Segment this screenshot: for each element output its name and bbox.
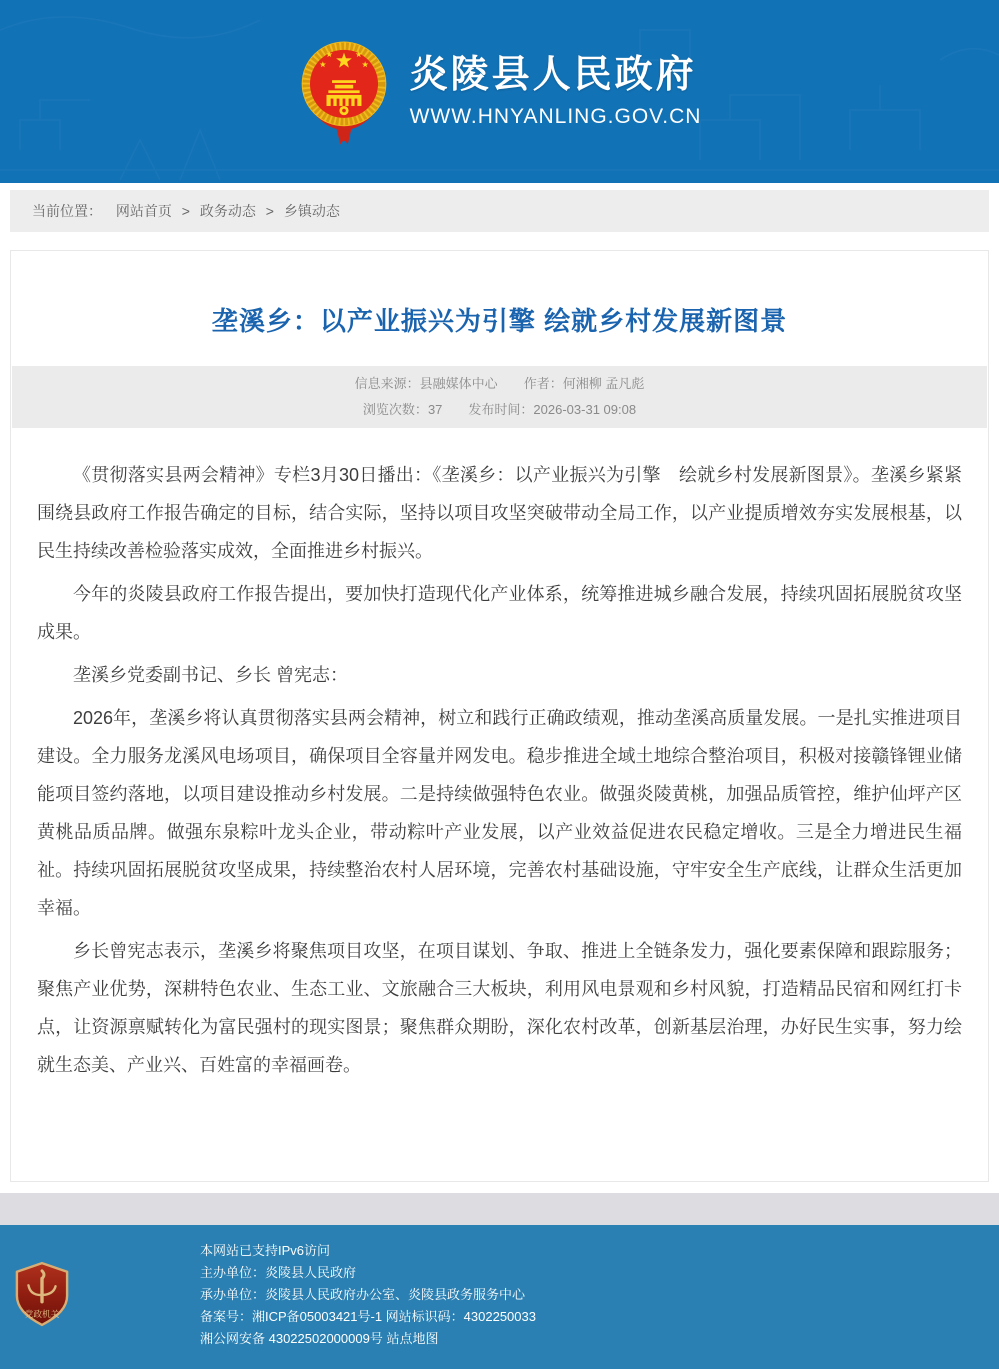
meta-source-label: 信息来源： [355, 376, 420, 391]
meta-author-label: 作者： [524, 376, 563, 391]
footer-host-line: 主办单位：炎陵县人民政府 [200, 1262, 536, 1284]
footer-sitemap-link[interactable]: 站点地图 [386, 1331, 438, 1346]
footer-ipv6-notice: 本网站已支持IPv6访问 [200, 1240, 536, 1262]
footer-security-record-link[interactable]: 湘公网安备 43022502000009号 [200, 1331, 383, 1346]
article-paragraph: 今年的炎陵县政府工作报告提出，要加快打造现代化产业体系，统筹推进城乡融合发展，持… [37, 575, 962, 651]
meta-views-value: 37 [428, 402, 442, 417]
footer-icp-line: 备案号：湘ICP备05003421号-1 网站标识码：4302250033 [200, 1306, 536, 1328]
site-footer: 党政机关 本网站已支持IPv6访问 主办单位：炎陵县人民政府 承办单位：炎陵县人… [0, 1225, 999, 1369]
site-title: 炎陵县人民政府 [410, 54, 702, 98]
breadcrumb: 当前位置： 网站首页 > 政务动态 > 乡镇动态 [10, 190, 989, 232]
meta-author-value: 何湘柳 孟凡彪 [563, 376, 645, 391]
national-emblem-icon [298, 38, 390, 150]
breadcrumb-item-township-news[interactable]: 乡镇动态 [284, 203, 340, 219]
breadcrumb-item-home[interactable]: 网站首页 [116, 203, 172, 219]
article-meta-bar: 信息来源：县融媒体中心作者：何湘柳 孟凡彪 浏览次数：37发布时间：2026-0… [12, 366, 987, 428]
meta-source-value: 县融媒体中心 [420, 376, 498, 391]
article-body: 《贯彻落实县两会精神》专栏3月30日播出：《垄溪乡：以产业振兴为引擎 绘就乡村发… [37, 456, 962, 1084]
breadcrumb-item-gov-news[interactable]: 政务动态 [200, 203, 256, 219]
meta-publish-value: 2026-03-31 09:08 [533, 402, 636, 417]
breadcrumb-separator: > [266, 203, 274, 219]
site-header: 炎陵县人民政府 WWW.HNYANLING.GOV.CN [0, 0, 999, 183]
badge-label: 党政机关 [25, 1308, 60, 1319]
article-meta-row-views-time: 浏览次数：37发布时间：2026-03-31 09:08 [12, 397, 987, 423]
party-government-badge-icon[interactable]: 党政机关 [14, 1261, 70, 1327]
article-paragraph: 乡长曾宪志表示，垄溪乡将聚焦项目攻坚，在项目谋划、争取、推进上全链条发力，强化要… [37, 932, 962, 1084]
article-paragraph: 《贯彻落实县两会精神》专栏3月30日播出：《垄溪乡：以产业振兴为引擎 绘就乡村发… [37, 456, 962, 570]
article-title: 垄溪乡：以产业振兴为引擎 绘就乡村发展新图景 [37, 301, 962, 338]
footer-organizer-line: 承办单位：炎陵县人民政府办公室、炎陵县政务服务中心 [200, 1284, 536, 1306]
article-card: 垄溪乡：以产业振兴为引擎 绘就乡村发展新图景 信息来源：县融媒体中心作者：何湘柳… [10, 250, 989, 1182]
article-paragraph: 垄溪乡党委副书记、乡长 曾宪志： [37, 656, 962, 694]
article-meta-row-source-author: 信息来源：县融媒体中心作者：何湘柳 孟凡彪 [12, 371, 987, 397]
site-url: WWW.HNYANLING.GOV.CN [410, 105, 702, 129]
footer-security-sitemap-line: 湘公网安备 43022502000009号 站点地图 [200, 1328, 536, 1350]
meta-views-label: 浏览次数： [363, 402, 428, 417]
prefooter-strip [0, 1193, 999, 1225]
breadcrumb-label: 当前位置： [32, 203, 102, 219]
breadcrumb-separator: > [182, 203, 190, 219]
meta-publish-label: 发布时间： [468, 402, 533, 417]
site-logo[interactable]: 炎陵县人民政府 WWW.HNYANLING.GOV.CN [0, 0, 999, 183]
article-paragraph: 2026年，垄溪乡将认真贯彻落实县两会精神，树立和践行正确政绩观，推动垄溪高质量… [37, 699, 962, 927]
footer-info: 本网站已支持IPv6访问 主办单位：炎陵县人民政府 承办单位：炎陵县人民政府办公… [200, 1240, 536, 1350]
